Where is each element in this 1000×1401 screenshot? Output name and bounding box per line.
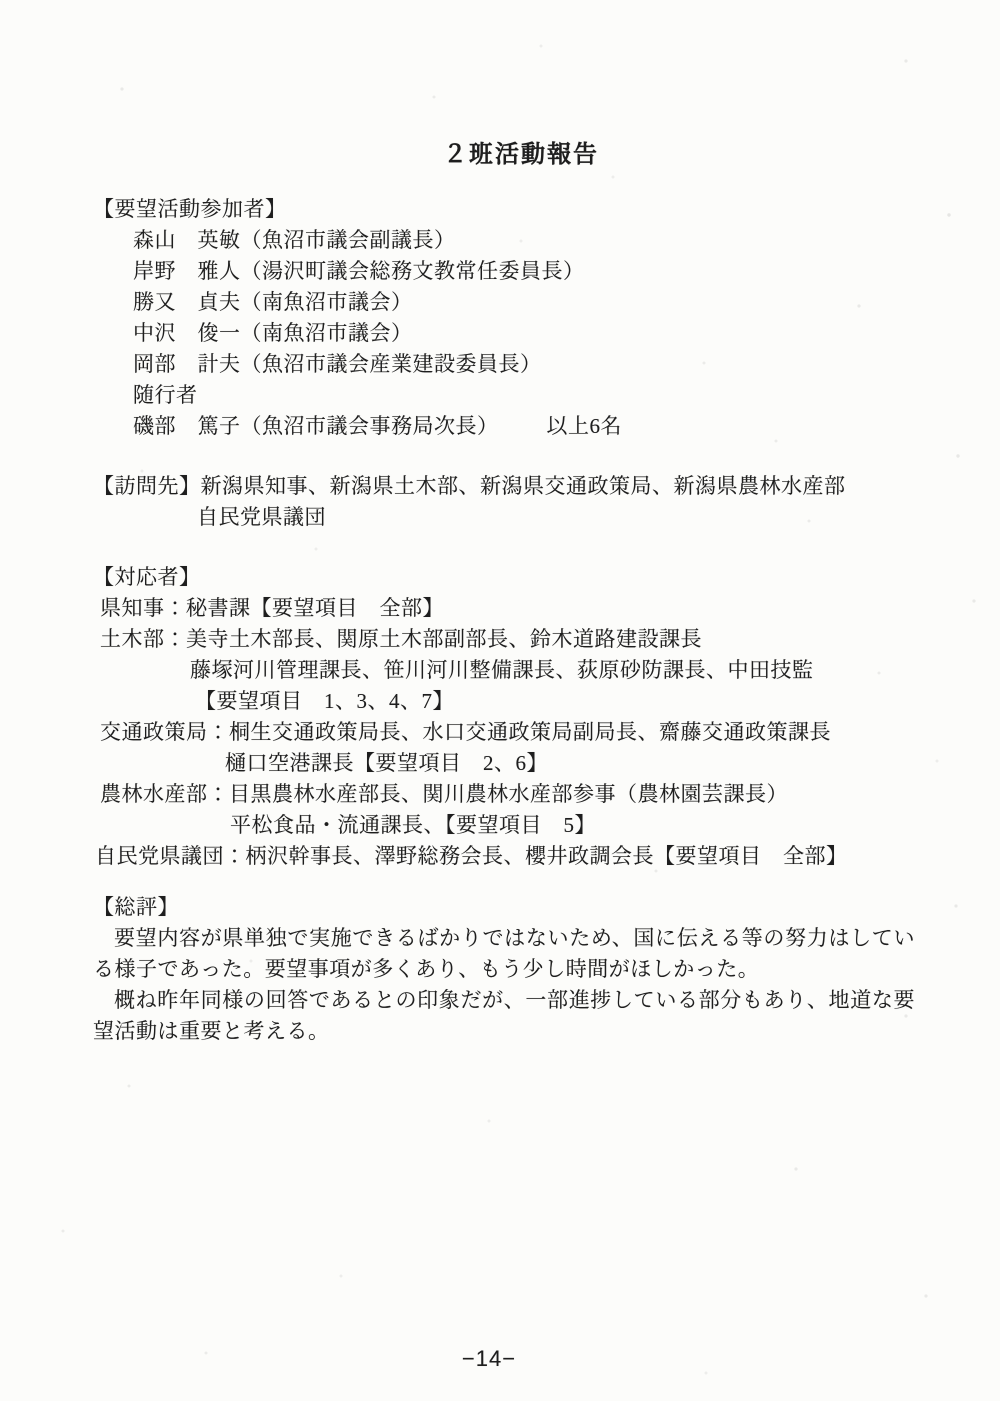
respondent-civil-line-3: 【要望項目 1、3、4、7】 <box>93 686 848 717</box>
summary-section: 【総評】 要望内容が県単独で実施できるばかりではないため、国に伝える等の努力はし… <box>93 892 915 1047</box>
respondent-civil-line-1: 土木部：美寺土木部長、関原土木部副部長、鈴木道路建設課長 <box>93 624 848 655</box>
respondent-agriculture-line-2: 平松食品・流通課長、【要望項目 5】 <box>93 810 848 841</box>
respondents-section: 【対応者】 県知事：秘書課【要望項目 全部】 土木部：美寺土木部長、関原土木部副… <box>93 562 848 872</box>
participant-item: 勝又 貞夫（南魚沼市議会） <box>93 287 622 318</box>
respondent-governor-line: 県知事：秘書課【要望項目 全部】 <box>93 593 848 624</box>
destinations-continuation: 自民党県議団 <box>93 502 846 533</box>
participant-item: 森山 英敏（魚沼市議会副議長） <box>93 225 622 256</box>
destinations-heading: 【訪問先】 <box>93 471 201 502</box>
page-number: −14− <box>0 1346 1000 1372</box>
destinations-list: 新潟県知事、新潟県土木部、新潟県交通政策局、新潟県農林水産部 <box>201 471 846 502</box>
respondent-civil-line-2: 藤塚河川管理課長、笹川河川整備課長、荻原砂防課長、中田技監 <box>93 655 848 686</box>
attendant-label: 随行者 <box>93 380 622 411</box>
summary-paragraph: 概ね昨年同様の回答であるとの印象だが、一部進捗している部分もあり、地道な要望活動… <box>93 985 915 1047</box>
destinations-section: 【訪問先】新潟県知事、新潟県土木部、新潟県交通政策局、新潟県農林水産部 自民党県… <box>93 471 846 533</box>
respondent-transport-line-2: 樋口空港課長【要望項目 2、6】 <box>93 748 848 779</box>
participant-item: 中沢 俊一（南魚沼市議会） <box>93 318 622 349</box>
attendant-name: 磯部 篤子（魚沼市議会事務局次長） <box>133 414 499 438</box>
scanned-page: ２班活動報告 【要望活動参加者】 森山 英敏（魚沼市議会副議長） 岸野 雅人（湯… <box>0 0 1000 1401</box>
destinations-line: 【訪問先】新潟県知事、新潟県土木部、新潟県交通政策局、新潟県農林水産部 <box>93 471 846 502</box>
participants-section: 【要望活動参加者】 森山 英敏（魚沼市議会副議長） 岸野 雅人（湯沢町議会総務文… <box>93 194 622 442</box>
total-count: 以上6名 <box>547 414 623 438</box>
respondent-agriculture-line-1: 農林水産部：目黒農林水産部長、関川農林水産部参事（農林園芸課長） <box>93 779 848 810</box>
respondents-heading: 【対応者】 <box>93 562 848 593</box>
attendant-line: 磯部 篤子（魚沼市議会事務局次長）以上6名 <box>93 411 622 442</box>
respondent-transport-line-1: 交通政策局：桐生交通政策局長、水口交通政策局副局長、齋藤交通政策課長 <box>93 717 848 748</box>
participant-item: 岡部 計夫（魚沼市議会産業建設委員長） <box>93 349 622 380</box>
participant-item: 岸野 雅人（湯沢町議会総務文教常任委員長） <box>93 256 622 287</box>
scan-noise <box>0 0 2 2</box>
summary-paragraph: 要望内容が県単独で実施できるばかりではないため、国に伝える等の努力はしている様子… <box>93 923 915 985</box>
respondent-ldp-line: 自民党県議団：柄沢幹事長、澤野総務会長、櫻井政調会長【要望項目 全部】 <box>93 841 848 872</box>
page-title: ２班活動報告 <box>0 134 1000 169</box>
participants-heading: 【要望活動参加者】 <box>93 194 622 225</box>
summary-heading: 【総評】 <box>93 892 915 923</box>
